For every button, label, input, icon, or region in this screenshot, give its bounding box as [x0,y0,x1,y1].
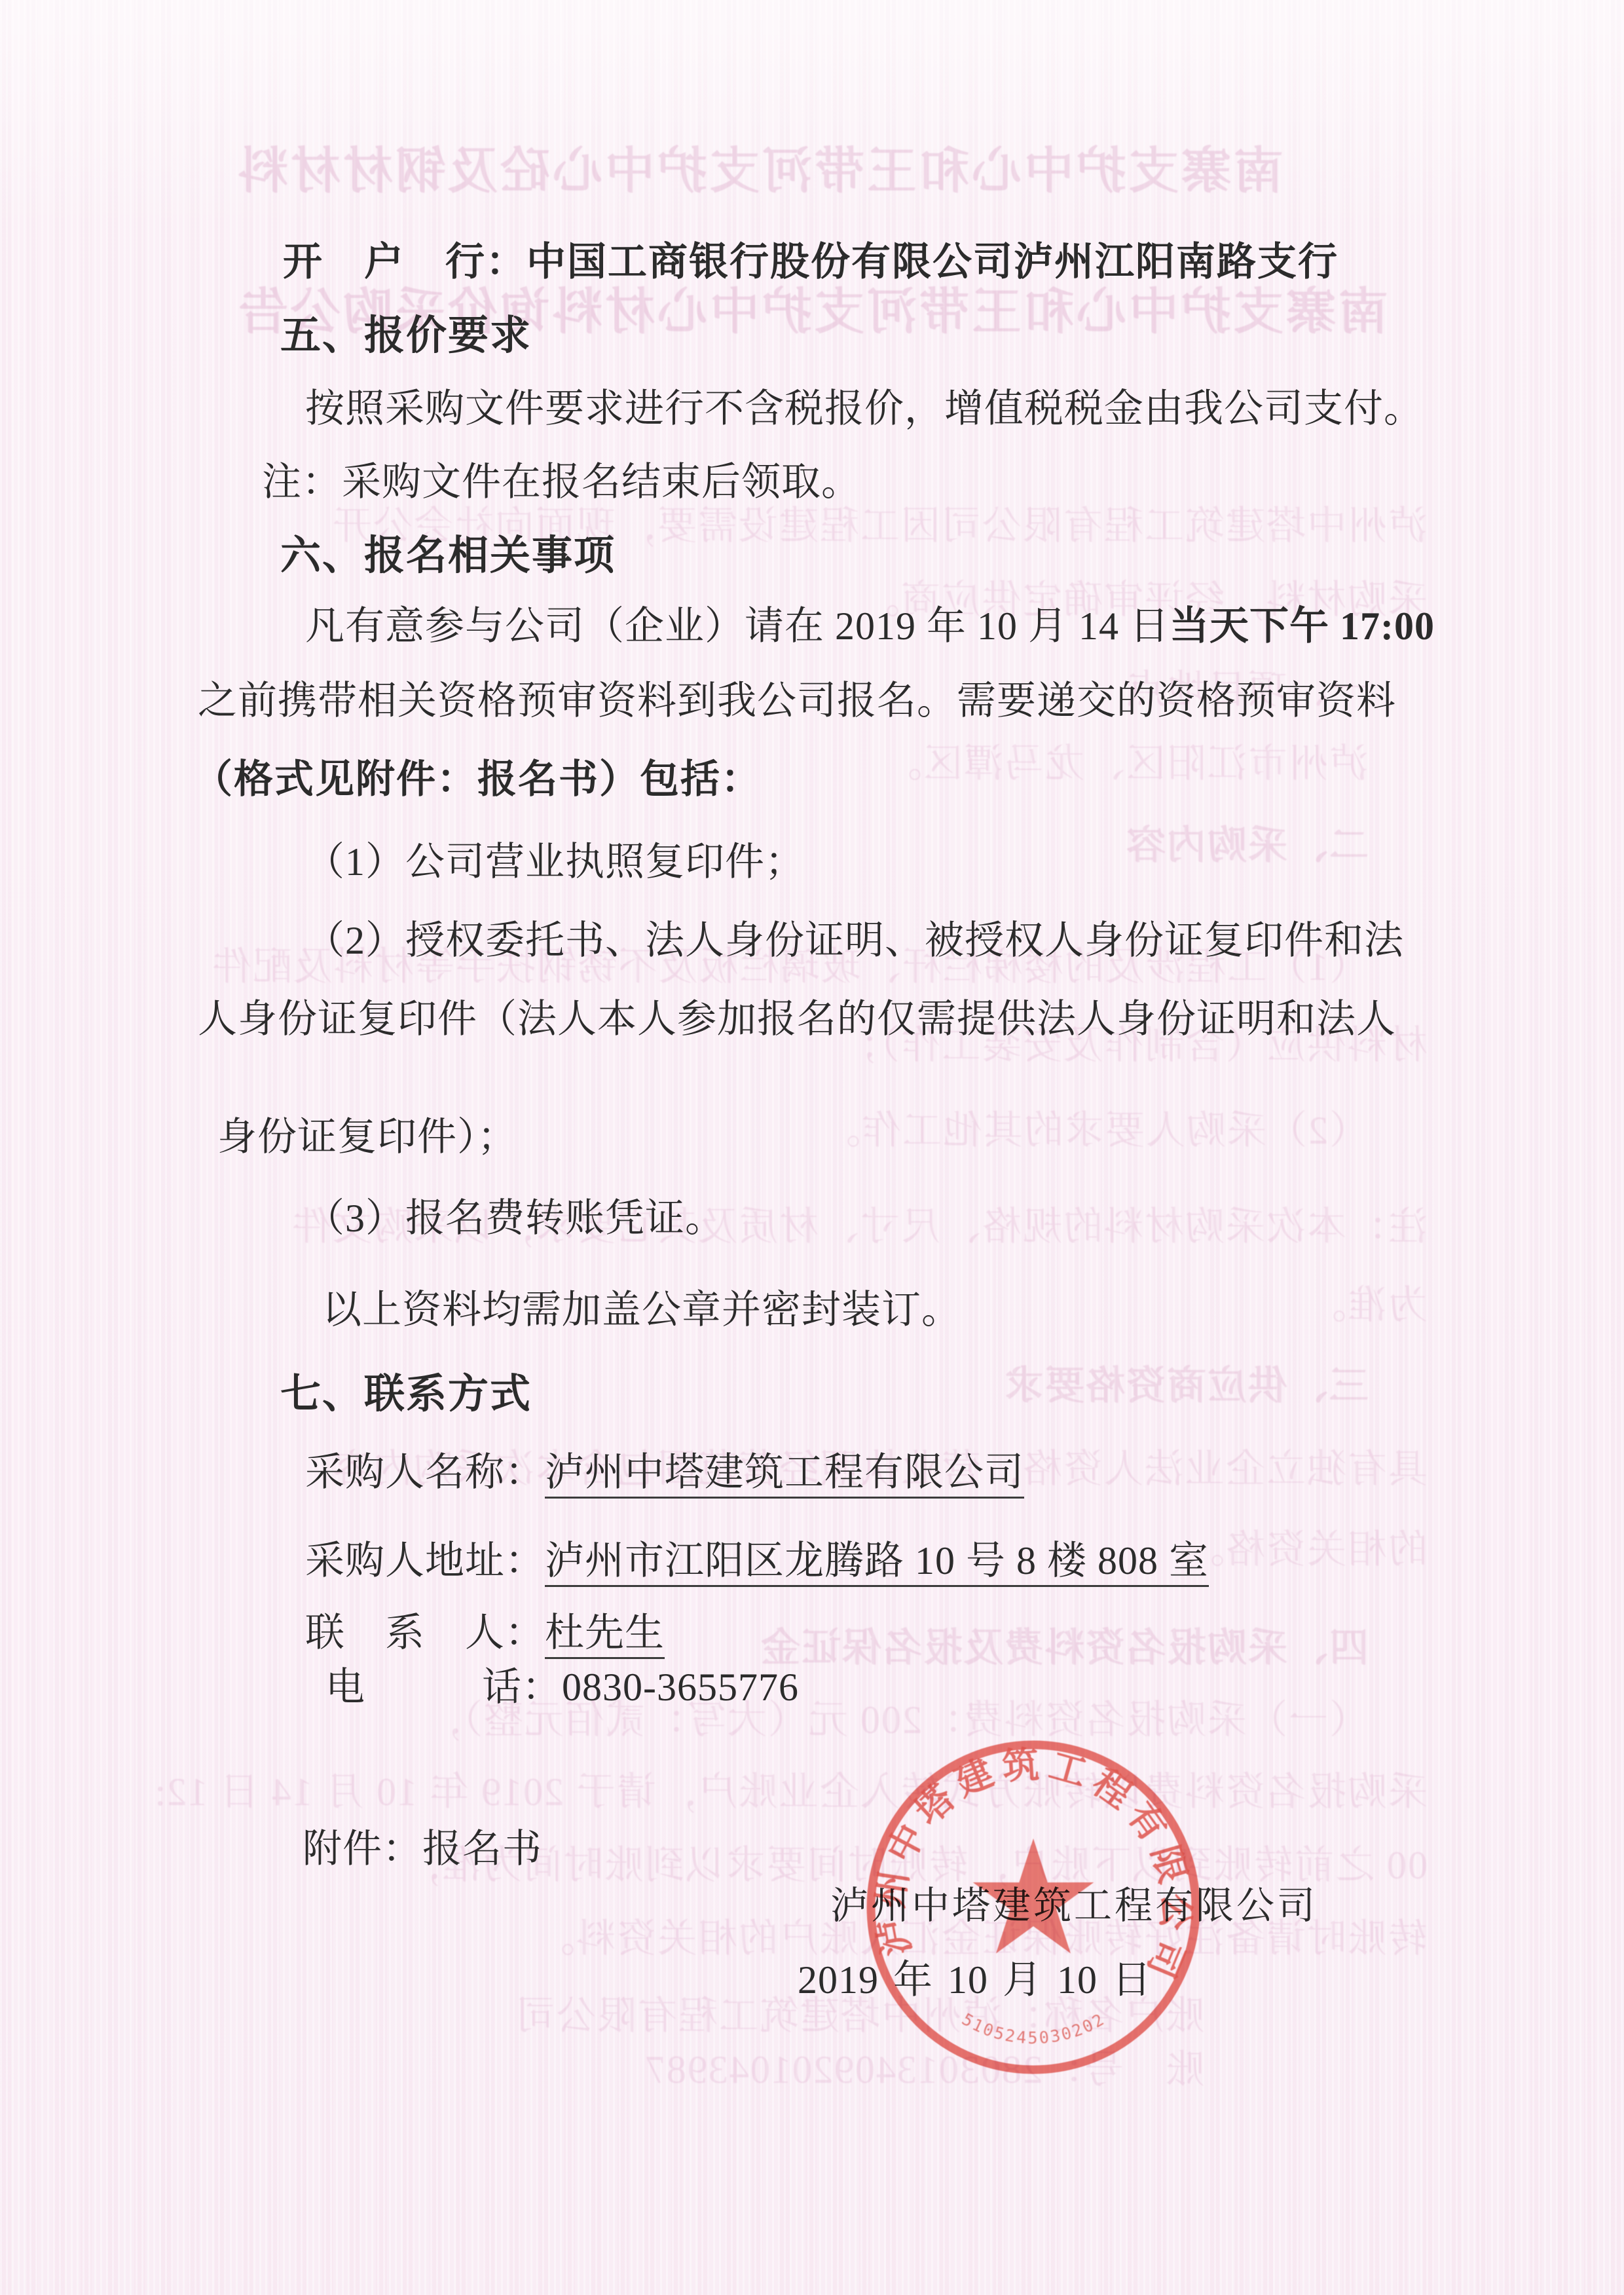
bleedthrough-heading: 二、采购内容 [1125,814,1369,870]
deadline-time-bold: 当天下午 17:00 [1170,605,1435,648]
buyer-address-line: 采购人地址：泸州市江阳区龙腾路 10 号 8 楼 808 室 [305,1529,1209,1586]
bleedthrough-heading: 三、供应商资格要求 [1003,1354,1369,1411]
buyer-name-value: 泸州中塔建筑工程有限公司 [545,1451,1024,1499]
bank-account-line: 开 户 行：中国工商银行股份有限公司泸州江阳南路支行 [283,231,1338,287]
section-6-paragraph-line2: 之前携带相关资格预审资料到我公司报名。需要递交的资格预审资料 [198,669,1396,726]
attachment-line: 附件：报名书 [303,1818,542,1874]
buyer-name-label: 采购人名称： [305,1451,545,1494]
phone-line: 电话：0830-3655776 [325,1656,799,1712]
bleedthrough-line: 为准。 [1306,1274,1428,1330]
list-item-3: （3）报名费转账凭证。 [305,1187,725,1243]
phone-label-part1: 电 [325,1666,365,1709]
section-7-heading: 七、联系方式 [280,1361,532,1419]
company-seal-stamp: 泸州中塔建筑工程有限公司 5105245030202 [837,1711,1230,2104]
phone-label-part2: 话： [482,1666,562,1709]
bleedthrough-heading: 四、采购报名资料费及报名保证金 [760,1616,1369,1673]
bank-label: 开 户 行： [283,240,526,284]
seal-serial-number: 5105245030202 [959,2009,1109,2047]
section-5-heading: 五、报价要求 [280,303,532,361]
section-5-paragraph: 按照采购文件要求进行不含税报价，增值税税金由我公司支付。 [305,377,1424,434]
buyer-name-line: 采购人名称：泸州中塔建筑工程有限公司 [305,1441,1024,1497]
phone-number-value: 0830-3655776 [562,1666,799,1709]
buyer-address-value: 泸州市江阳区龙腾路 10 号 8 楼 808 室 [545,1539,1209,1587]
bank-value: 中国工商银行股份有限公司泸州江阳南路支行 [526,240,1338,284]
bleedthrough-line: 的相关资格。 [1184,1518,1428,1575]
list-item-2-line3: 身份证复印件）； [217,1106,517,1162]
list-item-2-line2: 人身份证复印件（法人本人参加报名的仅需提供法人身份证明和法人 [198,988,1396,1044]
section-6-paragraph-line1: 凡有意参与公司（企业）请在 2019 年 10 月 14 日当天下午 17:00 [305,595,1435,651]
bleedthrough-line: 采购报名资料费以转账方式转入企业账户，请于 2019 年 10 月 14 日 1… [153,1761,1428,1817]
section-6-paragraph-line3: （格式见附件：报名书）包括： [193,748,762,804]
section-6-heading: 六、报名相关事项 [280,523,616,581]
deadline-text: 凡有意参与公司（企业）请在 2019 年 10 月 14 日 [305,605,1170,648]
contact-person-value: 杜先生 [545,1611,665,1659]
contact-person-label: 联 系 人： [305,1611,545,1654]
scanned-document-page: 南寨支护中心和王带河支护中心砼及钢材材料 南寨支护中心和王带河支护中心材料询价采… [0,0,1624,2295]
contact-person-line: 联 系 人：杜先生 [305,1601,665,1658]
bleedthrough-title-line: 南寨支护中心和王带河支护中心砼及钢材材料 [236,131,1283,202]
sealing-requirement-line: 以上资料均需加盖公章并密封装订。 [322,1278,961,1335]
section-5-note: 注：采购文件在报名结束后领取。 [262,451,861,507]
list-item-1: （1）公司营业执照复印件； [305,830,805,887]
bleedthrough-line: 泸州市江阳区、龙马潭区。 [881,732,1369,789]
bleedthrough-line: （2）采购人要求的其他工作。 [820,1099,1369,1155]
buyer-address-label: 采购人地址： [305,1539,545,1582]
list-item-2-line1: （2）授权委托书、法人身份证明、被授权人身份证复印件和法 [305,909,1404,965]
seal-star-icon [973,1838,1094,1954]
